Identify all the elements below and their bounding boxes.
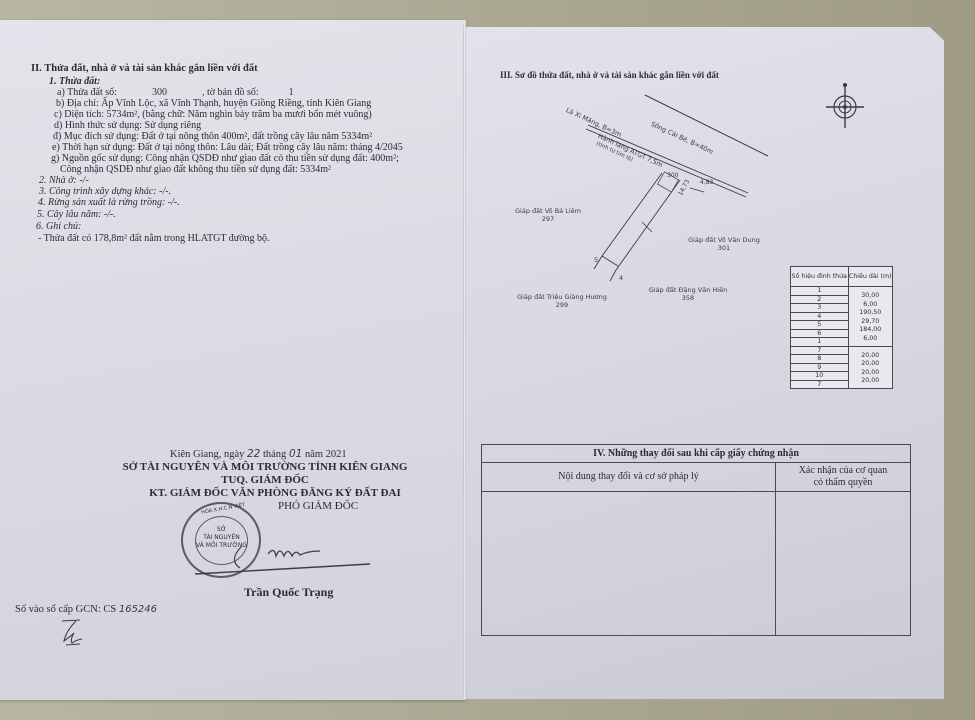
compass-icon: [822, 82, 868, 132]
length-table-row: 720,0020,0020,0020,00: [791, 346, 893, 355]
section-ii-title: II. Thửa đất, nhà ở và tài sản khác gắn …: [31, 63, 258, 74]
vertex-cell: 4: [791, 312, 849, 321]
vertex-cell: 9: [791, 363, 849, 372]
vertex-5-label: 5: [594, 256, 598, 264]
month-handwritten: 01: [289, 448, 302, 460]
note-item: - Thửa đất có 178,8m² đất nằm trong HLAT…: [38, 233, 270, 244]
area-row: c) Diện tích: 5734m², (bằng chữ: Năm ngh…: [54, 109, 372, 120]
usage-form-row: d) Hình thức sử dụng: Sử dụng riêng: [54, 120, 201, 131]
origin-row-1: g) Nguồn gốc sử dụng: Công nhận QSDĐ như…: [51, 153, 399, 164]
neighbor-301: Giáp đất Võ Văn Dung 301: [684, 236, 764, 252]
change-content-column: Nội dung thay đổi và cơ sở pháp lý: [482, 463, 776, 635]
usage-purpose-row: đ) Mục đích sử dụng: Đất ở tại nông thôn…: [53, 131, 372, 142]
vertex-cell: 3: [791, 304, 849, 313]
vertex-cell: 7: [791, 346, 849, 355]
address-row: b) Địa chỉ: Ấp Vĩnh Lộc, xã Vĩnh Thạnh, …: [56, 98, 371, 109]
changes-table: IV. Những thay đổi sau khi cấp giấy chứn…: [481, 444, 911, 636]
signer-role-1: TUQ. GIÁM ĐỐC: [113, 474, 417, 486]
neighbor-297: Giáp đất Võ Bá Liêm 297: [508, 207, 588, 223]
dimension-4-83: 4,83: [700, 179, 713, 187]
length-table-row: 130,006,00190,5029,70184,006,00: [791, 287, 893, 296]
seal-line-1: SỞ: [196, 526, 247, 534]
authority-header-line-1: Xác nhận của cơ quan: [799, 465, 888, 477]
parcel-number: 300: [119, 87, 199, 98]
vertex-length-table: Số hiệu đỉnh thửa Chiều dài (m) 130,006,…: [790, 266, 893, 389]
notes-heading: 6. Ghi chú:: [36, 221, 81, 232]
vertex-cell: 6: [791, 329, 849, 338]
issue-date: Kiên Giang, ngày 22 tháng 01 năm 2021: [170, 448, 347, 460]
month-label: tháng: [263, 449, 286, 460]
map-sheet-number: 1: [261, 87, 321, 98]
usage-term-row: e) Thời hạn sử dụng: Đất ở tại nông thôn…: [52, 142, 403, 153]
seal-ring-text: HÒA X.H.C.N VIỆT: [201, 502, 246, 516]
signer-name: Trần Quốc Trạng: [244, 585, 333, 600]
vertex-cell: 10: [791, 372, 849, 381]
authority-confirmation-header: Xác nhận của cơ quan có thẩm quyền: [776, 463, 910, 492]
neighbor-299-name: Giáp đất Triệu Giàng Hương: [512, 293, 612, 301]
signature-icon: [190, 540, 390, 580]
vertex-cell: 5: [791, 321, 849, 330]
day-handwritten: 22: [247, 448, 260, 460]
registry-number-row: Số vào sổ cấp GCN: CS 165246: [15, 604, 157, 615]
vertex-cell: 2: [791, 295, 849, 304]
change-content-header: Nội dung thay đổi và cơ sở pháp lý: [482, 463, 775, 492]
other-construction-row: 3. Công trình xây dựng khác: -/-.: [39, 186, 171, 197]
initials-icon: [58, 618, 88, 648]
neighbor-297-number: 297: [508, 215, 588, 223]
page-fold: [463, 25, 466, 699]
neighbor-301-number: 301: [684, 244, 764, 252]
vertex-cell: 1: [791, 338, 849, 347]
length-cell: 20,0020,0020,0020,00: [848, 346, 892, 389]
neighbor-358: Giáp đất Đặng Văn Hiền 358: [648, 286, 728, 302]
registry-number: 165246: [119, 604, 157, 615]
vertex-cell: 1: [791, 287, 849, 296]
place-prefix: Kiên Giang, ngày: [170, 449, 244, 460]
land-heading: 1. Thửa đất:: [49, 76, 100, 87]
parcel-number-row: a) Thửa đất số: 300 , tờ bản đồ số: 1: [57, 87, 321, 98]
parcel-label: a) Thửa đất số:: [57, 87, 117, 98]
issuing-organization: SỞ TÀI NGUYÊN VÀ MÔI TRƯỜNG TỈNH KIÊN GI…: [113, 461, 417, 473]
neighbor-301-name: Giáp đất Võ Văn Dung: [684, 236, 764, 244]
neighbor-358-number: 358: [648, 294, 728, 302]
parcel-diagram: [490, 85, 790, 315]
house-row: 2. Nhà ở: -/-: [39, 175, 89, 186]
registry-label: Số vào sổ cấp GCN: CS: [15, 604, 116, 615]
authority-header-line-2: có thẩm quyền: [814, 477, 873, 489]
parcel-number-label: 300: [667, 172, 678, 180]
length-cell: 30,006,00190,5029,70184,006,00: [848, 287, 892, 347]
year-label: năm 2021: [305, 449, 347, 460]
neighbor-297-name: Giáp đất Võ Bá Liêm: [508, 207, 588, 215]
header-vertex: Số hiệu đỉnh thửa: [791, 267, 849, 287]
map-sheet-label: , tờ bản đồ số:: [202, 87, 259, 98]
vertex-cell: 7: [791, 380, 849, 389]
header-length: Chiều dài (m): [848, 267, 892, 287]
neighbor-299-number: 299: [512, 301, 612, 309]
perennial-row: 5. Cây lâu năm: -/-.: [37, 209, 116, 220]
signer-role-2: KT. GIÁM ĐỐC VĂN PHÒNG ĐĂNG KÝ ĐẤT ĐAI: [123, 487, 427, 499]
origin-row-2: Công nhận QSDĐ như giao đất không thu ti…: [60, 164, 331, 175]
vertex-4-label: 4: [619, 274, 623, 282]
section-iv-title: IV. Những thay đổi sau khi cấp giấy chứn…: [482, 445, 910, 463]
section-iii-title: III. Sơ đồ thửa đất, nhà ở và tài sản kh…: [500, 70, 719, 80]
forest-row: 4. Rừng sản xuất là rừng trồng: -/-.: [38, 197, 180, 208]
neighbor-358-name: Giáp đất Đặng Văn Hiền: [648, 286, 728, 294]
neighbor-299: Giáp đất Triệu Giàng Hương 299: [512, 293, 612, 309]
vertex-cell: 8: [791, 355, 849, 364]
authority-confirmation-column: Xác nhận của cơ quan có thẩm quyền: [776, 463, 910, 635]
